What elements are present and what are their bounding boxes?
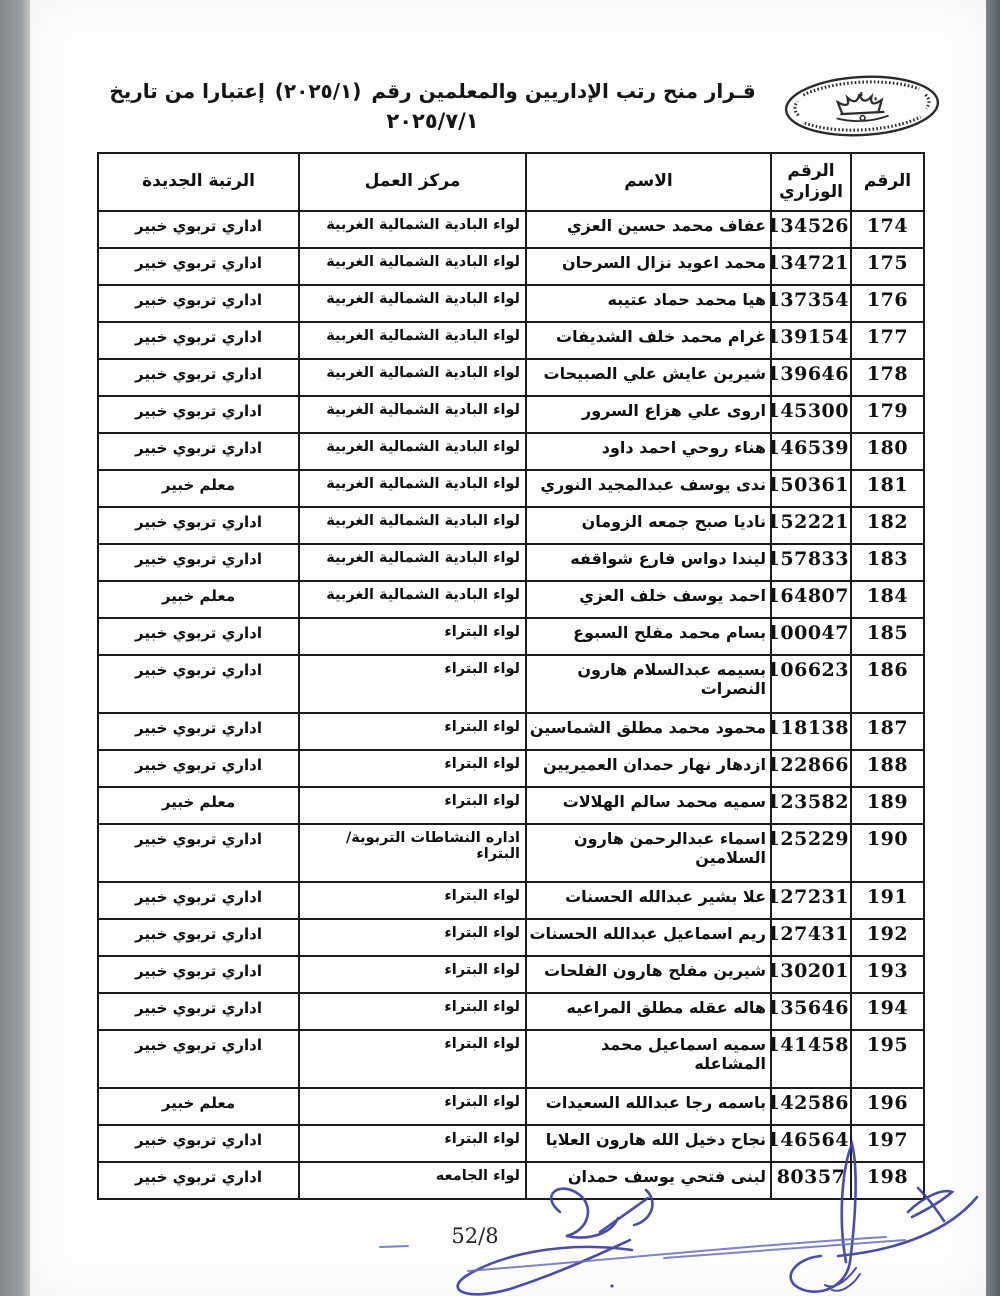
new-rank-cell: اداري تربوي خبير (98, 285, 299, 322)
new-rank-cell: اداري تربوي خبير (98, 248, 299, 285)
new-rank-cell: اداري تربوي خبير (98, 507, 299, 544)
table-row: 177139154غرام محمد خلف الشديفاتلواء البا… (98, 322, 924, 359)
table-row: 191127231علا بشير عبدالله الحسناتلواء ال… (98, 882, 924, 919)
serial-cell: 177 (851, 322, 924, 359)
name-cell: هناء روحي احمد داود (526, 433, 771, 470)
work-center-cell: لواء البادية الشمالية الغربية (299, 544, 526, 581)
new-rank-cell: اداري تربوي خبير (98, 1030, 299, 1088)
ministry-number-cell: 123582 (771, 787, 851, 824)
new-rank-cell: معلم خبير (98, 581, 299, 618)
header-serial: الرقم (851, 153, 924, 211)
ministry-number-cell: 100047 (771, 618, 851, 655)
ministry-number-cell: 125229 (771, 824, 851, 882)
name-cell: محمد اعويد نزال السرحان (526, 248, 771, 285)
ministry-number-cell: 118138 (771, 713, 851, 750)
table-row: 176137354هيا محمد حماد عتيبهلواء البادية… (98, 285, 924, 322)
table-row: 187118138محمود محمد مطلق الشماسينلواء ال… (98, 713, 924, 750)
serial-cell: 193 (851, 956, 924, 993)
name-cell: هاله عقله مطلق المراعيه (526, 993, 771, 1030)
work-center-cell: لواء البتراء (299, 919, 526, 956)
name-cell: نجاح دخيل الله هارون العلايا (526, 1125, 771, 1162)
ministry-number-cell: 127231 (771, 882, 851, 919)
table-row: 192127431ريم اسماعيل عبدالله الحسناتلواء… (98, 919, 924, 956)
new-rank-cell: معلم خبير (98, 470, 299, 507)
new-rank-cell: معلم خبير (98, 1088, 299, 1125)
ministry-number-cell: 146564 (771, 1125, 851, 1162)
table-row: 184164807احمد يوسف خلف العزيلواء البادية… (98, 581, 924, 618)
new-rank-cell: اداري تربوي خبير (98, 882, 299, 919)
serial-cell: 189 (851, 787, 924, 824)
work-center-cell: لواء البتراء (299, 1088, 526, 1125)
serial-cell: 186 (851, 655, 924, 713)
table-row: 178139646شيرين عايش علي الصبيحاتلواء الب… (98, 359, 924, 396)
name-cell: غرام محمد خلف الشديفات (526, 322, 771, 359)
work-center-cell: لواء البادية الشمالية الغربية (299, 433, 526, 470)
serial-cell: 179 (851, 396, 924, 433)
ministry-number-cell: 157833 (771, 544, 851, 581)
work-center-cell: لواء البادية الشمالية الغربية (299, 248, 526, 285)
rank-grants-table: الرقم الرقم الوزاري الاسم مركز العمل الر… (97, 152, 925, 1200)
table-row: 194135646هاله عقله مطلق المراعيهلواء الب… (98, 993, 924, 1030)
title-prefix: قـرار منح رتب الإداريين والمعلمين رقم (371, 79, 755, 103)
table-row: 175134721محمد اعويد نزال السرحانلواء الب… (98, 248, 924, 285)
new-rank-cell: اداري تربوي خبير (98, 993, 299, 1030)
work-center-cell: لواء البادية الشمالية الغربية (299, 322, 526, 359)
table-row: 195141458سميه اسماعيل محمد المشاعلهلواء … (98, 1030, 924, 1088)
header-name: الاسم (526, 153, 771, 211)
ministry-number-cell: 145300 (771, 396, 851, 433)
serial-cell: 192 (851, 919, 924, 956)
ministry-number-cell: 139646 (771, 359, 851, 396)
table-row: 189123582سميه محمد سالم الهلالاتلواء الب… (98, 787, 924, 824)
work-center-cell: لواء البتراء (299, 1125, 526, 1162)
work-center-cell: لواء البادية الشمالية الغربية (299, 285, 526, 322)
new-rank-cell: اداري تربوي خبير (98, 956, 299, 993)
work-center-cell: لواء البتراء (299, 882, 526, 919)
decision-number: (٢٠٢٥/١) (275, 79, 362, 103)
new-rank-cell: اداري تربوي خبير (98, 655, 299, 713)
table-row: 196142586باسمه رجا عبدالله السعيداتلواء … (98, 1088, 924, 1125)
serial-cell: 187 (851, 713, 924, 750)
ministry-number-cell: 130201 (771, 956, 851, 993)
header-ministry-number: الرقم الوزاري (771, 153, 851, 211)
new-rank-cell: اداري تربوي خبير (98, 396, 299, 433)
work-center-cell: لواء البتراء (299, 993, 526, 1030)
ministry-number-cell: 152221 (771, 507, 851, 544)
title-line-1: قـرار منح رتب الإداريين والمعلمين رقم (٢… (95, 76, 770, 106)
serial-cell: 194 (851, 993, 924, 1030)
name-cell: بسيمه عبدالسلام هارون النصرات (526, 655, 771, 713)
ministry-number-cell: 164807 (771, 581, 851, 618)
title-suffix: إعتبارا من تاريخ (109, 79, 265, 103)
effective-date: ٢٠٢٥/٧/١ (95, 106, 770, 136)
work-center-cell: لواء البادية الشمالية الغربية (299, 396, 526, 433)
ministry-number-cell: 141458 (771, 1030, 851, 1088)
serial-cell: 178 (851, 359, 924, 396)
name-cell: سميه اسماعيل محمد المشاعله (526, 1030, 771, 1088)
new-rank-cell: اداري تربوي خبير (98, 618, 299, 655)
name-cell: ناديا صبح جمعه الزومان (526, 507, 771, 544)
document-title: قـرار منح رتب الإداريين والمعلمين رقم (٢… (95, 76, 770, 136)
name-cell: اروى علي هزاع السرور (526, 396, 771, 433)
work-center-cell: لواء البتراء (299, 787, 526, 824)
table-row: 185100047بسام محمد مفلح السبوعلواء البتر… (98, 618, 924, 655)
serial-cell: 176 (851, 285, 924, 322)
new-rank-cell: اداري تربوي خبير (98, 713, 299, 750)
ministry-number-cell: 150361 (771, 470, 851, 507)
serial-cell: 184 (851, 581, 924, 618)
name-cell: ازدهار نهار حمدان العميريين (526, 750, 771, 787)
serial-cell: 195 (851, 1030, 924, 1088)
work-center-cell: لواء البتراء (299, 750, 526, 787)
ministry-number-cell: 146539 (771, 433, 851, 470)
table-row: 182152221ناديا صبح جمعه الزومانلواء البا… (98, 507, 924, 544)
work-center-cell: لواء البادية الشمالية الغربية (299, 507, 526, 544)
name-cell: سميه محمد سالم الهلالات (526, 787, 771, 824)
table-row: 188122866ازدهار نهار حمدان العميريينلواء… (98, 750, 924, 787)
work-center-cell: لواء البتراء (299, 655, 526, 713)
ministry-number-cell: 80357 (771, 1162, 851, 1199)
work-center-cell: اداره النشاطات التربوية/ البتراء (299, 824, 526, 882)
work-center-cell: لواء البادية الشمالية الغربية (299, 470, 526, 507)
work-center-cell: لواء الجامعه (299, 1162, 526, 1199)
page-number: 52/8 (440, 1224, 510, 1248)
header-row: الرقم الرقم الوزاري الاسم مركز العمل الر… (98, 153, 924, 211)
name-cell: عفاف محمد حسين العزي (526, 211, 771, 248)
name-cell: احمد يوسف خلف العزي (526, 581, 771, 618)
table-row: 183157833ليندا دواس فارع شواقفهلواء البا… (98, 544, 924, 581)
table-row: 19880357لبنى فتحي يوسف حمدانلواء الجامعه… (98, 1162, 924, 1199)
new-rank-cell: اداري تربوي خبير (98, 211, 299, 248)
work-center-cell: لواء البتراء (299, 713, 526, 750)
work-center-cell: لواء البتراء (299, 1030, 526, 1088)
name-cell: لبنى فتحي يوسف حمدان (526, 1162, 771, 1199)
header-work-center: مركز العمل (299, 153, 526, 211)
serial-cell: 174 (851, 211, 924, 248)
new-rank-cell: اداري تربوي خبير (98, 544, 299, 581)
new-rank-cell: اداري تربوي خبير (98, 919, 299, 956)
work-center-cell: لواء البادية الشمالية الغربية (299, 211, 526, 248)
name-cell: علا بشير عبدالله الحسنات (526, 882, 771, 919)
work-center-cell: لواء البتراء (299, 618, 526, 655)
table-row: 179145300اروى علي هزاع السرورلواء البادي… (98, 396, 924, 433)
table-row: 186106623بسيمه عبدالسلام هارون النصراتلو… (98, 655, 924, 713)
serial-cell: 191 (851, 882, 924, 919)
new-rank-cell: اداري تربوي خبير (98, 433, 299, 470)
table-row: 190125229اسماء عبدالرحمن هارون السلامينا… (98, 824, 924, 882)
name-cell: بسام محمد مفلح السبوع (526, 618, 771, 655)
ministry-number-cell: 106623 (771, 655, 851, 713)
new-rank-cell: اداري تربوي خبير (98, 1162, 299, 1199)
ministry-number-cell: 122866 (771, 750, 851, 787)
serial-cell: 181 (851, 470, 924, 507)
name-cell: هيا محمد حماد عتيبه (526, 285, 771, 322)
serial-cell: 196 (851, 1088, 924, 1125)
name-cell: ندى يوسف عبدالمجيد النوري (526, 470, 771, 507)
new-rank-cell: اداري تربوي خبير (98, 1125, 299, 1162)
name-cell: ليندا دواس فارع شواقفه (526, 544, 771, 581)
table-row: 174134526عفاف محمد حسين العزيلواء البادي… (98, 211, 924, 248)
new-rank-cell: معلم خبير (98, 787, 299, 824)
ministry-number-cell: 134721 (771, 248, 851, 285)
serial-cell: 190 (851, 824, 924, 882)
scan-edge-left (0, 0, 30, 1296)
table-row: 193130201شيرين مفلح هارون الفلحاتلواء ال… (98, 956, 924, 993)
ministry-number-cell: 142586 (771, 1088, 851, 1125)
serial-cell: 175 (851, 248, 924, 285)
table-row: 181150361ندى يوسف عبدالمجيد النوريلواء ا… (98, 470, 924, 507)
work-center-cell: لواء البتراء (299, 956, 526, 993)
name-cell: محمود محمد مطلق الشماسين (526, 713, 771, 750)
new-rank-cell: اداري تربوي خبير (98, 322, 299, 359)
name-cell: شيرين عايش علي الصبيحات (526, 359, 771, 396)
serial-cell: 182 (851, 507, 924, 544)
ministry-number-cell: 135646 (771, 993, 851, 1030)
name-cell: باسمه رجا عبدالله السعيدات (526, 1088, 771, 1125)
ministry-number-cell: 137354 (771, 285, 851, 322)
serial-cell: 185 (851, 618, 924, 655)
work-center-cell: لواء البادية الشمالية الغربية (299, 581, 526, 618)
new-rank-cell: اداري تربوي خبير (98, 750, 299, 787)
scan-edge-right (986, 0, 1000, 1296)
new-rank-cell: اداري تربوي خبير (98, 359, 299, 396)
ministry-number-cell: 134526 (771, 211, 851, 248)
table-row: 197146564نجاح دخيل الله هارون العلايالوا… (98, 1125, 924, 1162)
table-row: 180146539هناء روحي احمد داودلواء البادية… (98, 433, 924, 470)
name-cell: شيرين مفلح هارون الفلحات (526, 956, 771, 993)
serial-cell: 183 (851, 544, 924, 581)
serial-cell: 197 (851, 1125, 924, 1162)
scanned-document-page: { "document": { "title_prefix": "قـرار م… (0, 0, 1000, 1296)
name-cell: ريم اسماعيل عبدالله الحسنات (526, 919, 771, 956)
ministry-number-cell: 127431 (771, 919, 851, 956)
serial-cell: 180 (851, 433, 924, 470)
name-cell: اسماء عبدالرحمن هارون السلامين (526, 824, 771, 882)
work-center-cell: لواء البادية الشمالية الغربية (299, 359, 526, 396)
ministry-number-cell: 139154 (771, 322, 851, 359)
serial-cell: 198 (851, 1162, 924, 1199)
ministry-seal-icon (778, 68, 946, 144)
header-new-rank: الرتبة الجديدة (98, 153, 299, 211)
new-rank-cell: اداري تربوي خبير (98, 824, 299, 882)
serial-cell: 188 (851, 750, 924, 787)
